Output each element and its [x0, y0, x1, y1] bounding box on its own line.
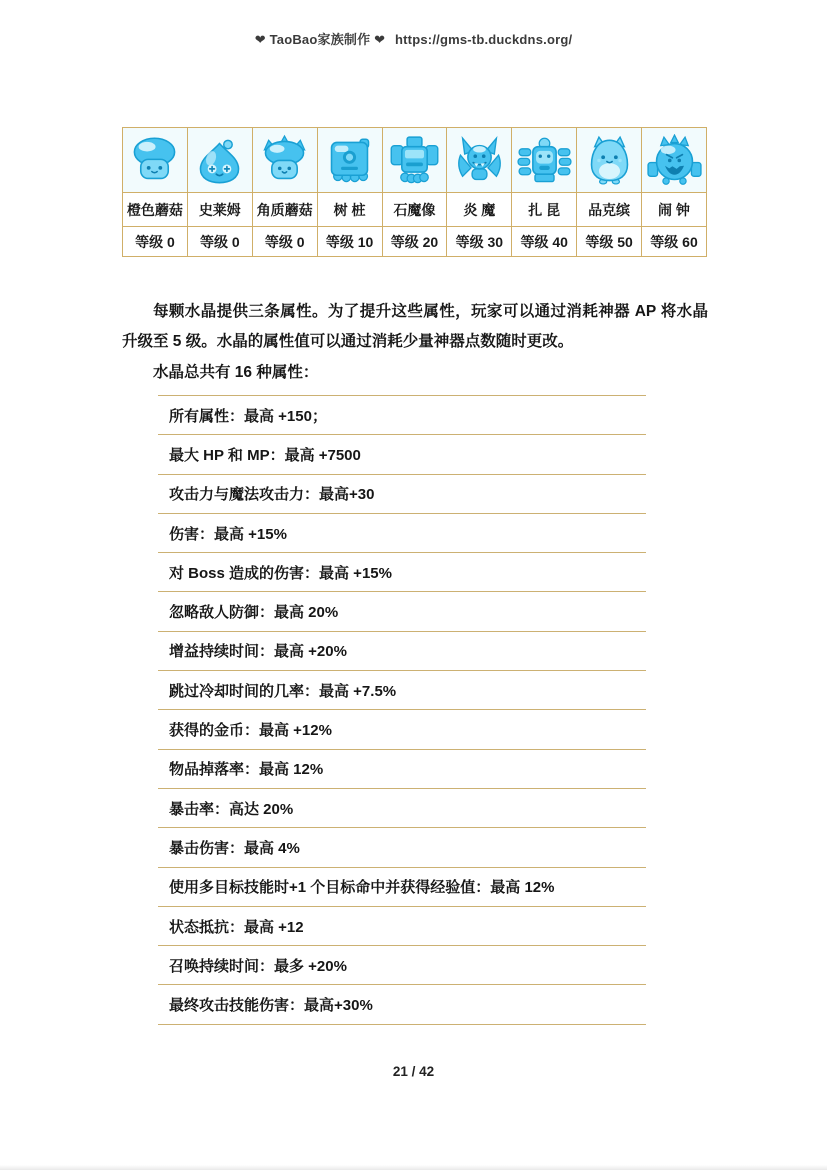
monster-name-cell: 橙色蘑菇	[123, 193, 188, 227]
attributes-list-intro: 水晶总共有 16 种属性：	[122, 358, 708, 388]
page-bottom-edge	[0, 1165, 827, 1170]
monster-level-row: 等级 0 等级 0 等级 0 等级 10 等级 20 等级 30 等级 40 等…	[123, 227, 707, 257]
alarm-clock-icon	[647, 134, 702, 189]
monster-name-cell: 史莱姆	[187, 193, 252, 227]
orange-mushroom-icon	[127, 134, 182, 189]
monster-icon-cell	[642, 128, 707, 193]
list-item: 获得的金币：最高 +12%	[158, 710, 646, 749]
page-footer: 21 / 42	[0, 1064, 827, 1079]
header-title: ❤ TaoBao家族制作 ❤	[255, 32, 386, 47]
tree-stump-icon	[322, 134, 377, 189]
list-item: 状态抵抗：最高 +12	[158, 907, 646, 946]
zakum-icon	[517, 134, 572, 189]
balrog-icon	[452, 134, 507, 189]
horny-mushroom-icon	[257, 134, 312, 189]
list-item: 所有属性：最高 +150；	[158, 396, 646, 435]
list-item: 增益持续时间：最高 +20%	[158, 632, 646, 671]
list-item: 忽略敌人防御：最高 20%	[158, 592, 646, 631]
list-item: 跳过冷却时间的几率：最高 +7.5%	[158, 671, 646, 710]
monster-icon-cell	[577, 128, 642, 193]
monster-table: 橙色蘑菇 史莱姆 角质蘑菇 树 桩 石魔像 炎 魔 扎 昆 品克缤 闹 钟 等级…	[122, 127, 707, 257]
monster-level-cell: 等级 50	[577, 227, 642, 257]
monster-name-cell: 树 桩	[317, 193, 382, 227]
monster-name-cell: 扎 昆	[512, 193, 577, 227]
crystal-intro-paragraph: 每颗水晶提供三条属性。为了提升这些属性，玩家可以通过消耗神器 AP 将水晶升级至…	[122, 297, 708, 356]
list-item: 最终攻击技能伤害：最高+30%	[158, 985, 646, 1024]
crystal-attributes-list: 所有属性：最高 +150； 最大 HP 和 MP：最高 +7500 攻击力与魔法…	[158, 395, 646, 1025]
monster-icon-row	[123, 128, 707, 193]
intro-section: 每颗水晶提供三条属性。为了提升这些属性，玩家可以通过消耗神器 AP 将水晶升级至…	[122, 297, 708, 388]
monster-icon-cell	[382, 128, 447, 193]
monster-level-cell: 等级 20	[382, 227, 447, 257]
monster-level-cell: 等级 10	[317, 227, 382, 257]
monster-level-cell: 等级 0	[187, 227, 252, 257]
monster-icon-cell	[252, 128, 317, 193]
list-item: 暴击伤害：最高 4%	[158, 828, 646, 867]
header-url-link[interactable]: https://gms-tb.duckdns.org/	[395, 32, 572, 47]
pink-bean-icon	[582, 134, 637, 189]
monster-name-row: 橙色蘑菇 史莱姆 角质蘑菇 树 桩 石魔像 炎 魔 扎 昆 品克缤 闹 钟	[123, 193, 707, 227]
monster-name-cell: 角质蘑菇	[252, 193, 317, 227]
monster-icon-cell	[512, 128, 577, 193]
list-item: 暴击率：高达 20%	[158, 789, 646, 828]
monster-icon-cell	[447, 128, 512, 193]
page-indicator: 21 / 42	[393, 1064, 434, 1079]
monster-level-cell: 等级 40	[512, 227, 577, 257]
monster-icon-cell	[317, 128, 382, 193]
monster-level-cell: 等级 0	[123, 227, 188, 257]
monster-level-cell: 等级 30	[447, 227, 512, 257]
list-item: 最大 HP 和 MP：最高 +7500	[158, 435, 646, 474]
monster-name-cell: 品克缤	[577, 193, 642, 227]
monster-name-cell: 炎 魔	[447, 193, 512, 227]
list-item: 对 Boss 造成的伤害：最高 +15%	[158, 553, 646, 592]
monster-icon-cell	[187, 128, 252, 193]
list-item: 伤害：最高 +15%	[158, 514, 646, 553]
slime-icon	[192, 134, 247, 189]
monster-level-cell: 等级 0	[252, 227, 317, 257]
list-item: 攻击力与魔法攻击力：最高+30	[158, 475, 646, 514]
page-header: ❤ TaoBao家族制作 ❤ https://gms-tb.duckdns.or…	[0, 29, 827, 48]
monster-icon-cell	[123, 128, 188, 193]
monster-name-cell: 闹 钟	[642, 193, 707, 227]
document-page: ❤ TaoBao家族制作 ❤ https://gms-tb.duckdns.or…	[0, 0, 827, 1170]
stone-golem-icon	[387, 134, 442, 189]
list-item: 物品掉落率：最高 12%	[158, 750, 646, 789]
monster-level-cell: 等级 60	[642, 227, 707, 257]
list-item: 召唤持续时间：最多 +20%	[158, 946, 646, 985]
monster-name-cell: 石魔像	[382, 193, 447, 227]
list-item: 使用多目标技能时+1 个目标命中并获得经验值：最高 12%	[158, 868, 646, 907]
